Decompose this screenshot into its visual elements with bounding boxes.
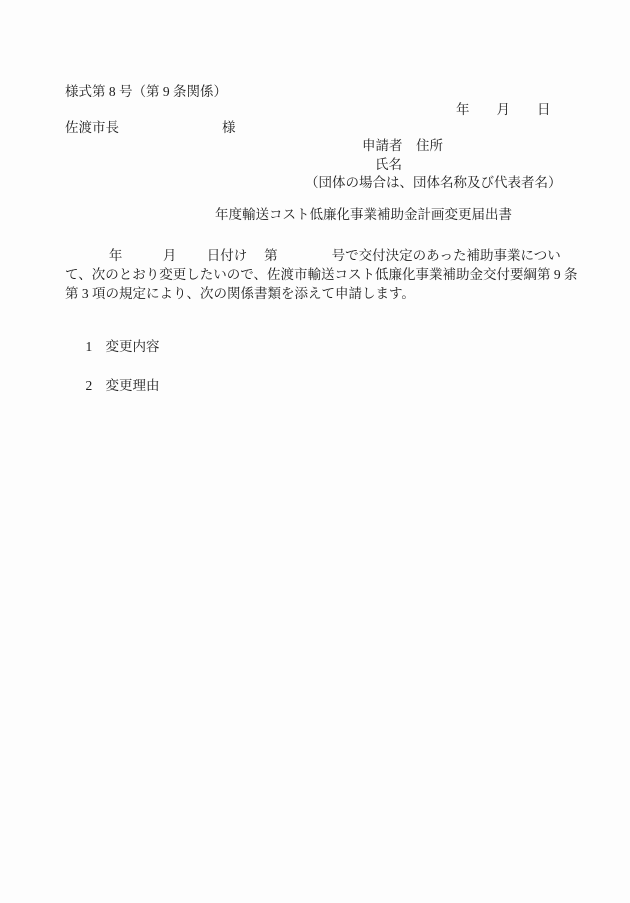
applicant-address-label: 申請者 住所	[362, 138, 443, 153]
body-line-1: 年 月 日付け 第 号で交付決定のあった補助事業につい	[65, 246, 575, 265]
body-line-2: て、次のとおり変更したいので、佐渡市輸送コスト低廉化事業補助金交付要綱第 9 条	[65, 265, 575, 284]
body-paragraph: 年 月 日付け 第 号で交付決定のあった補助事業につい て、次のとおり変更したい…	[65, 246, 575, 303]
addressee-honorific: 様	[222, 120, 236, 135]
applicant-name-label: 氏名	[375, 157, 402, 172]
organization-note: （団体の場合は、団体名称及び代表者名）	[305, 175, 562, 190]
item-label: 変更理由	[106, 378, 160, 393]
document-page: 様式第 8 号（第 9 条関係） 年 月 日 佐渡市長 様 申請者 住所 氏名 …	[0, 0, 630, 903]
addressee: 佐渡市長	[65, 120, 119, 135]
item-number: 2	[86, 378, 106, 393]
list-item-change-reason: 2変更理由	[72, 363, 160, 408]
item-label: 変更内容	[106, 339, 160, 354]
form-number: 様式第 8 号（第 9 条関係）	[65, 84, 227, 99]
body-line-3: 第 3 項の規定により、次の関係書類を添えて申請します。	[65, 284, 575, 303]
document-title: 年度輸送コスト低廉化事業補助金計画変更届出書	[215, 207, 512, 222]
date-line: 年 月 日	[456, 102, 551, 117]
item-number: 1	[86, 339, 106, 354]
